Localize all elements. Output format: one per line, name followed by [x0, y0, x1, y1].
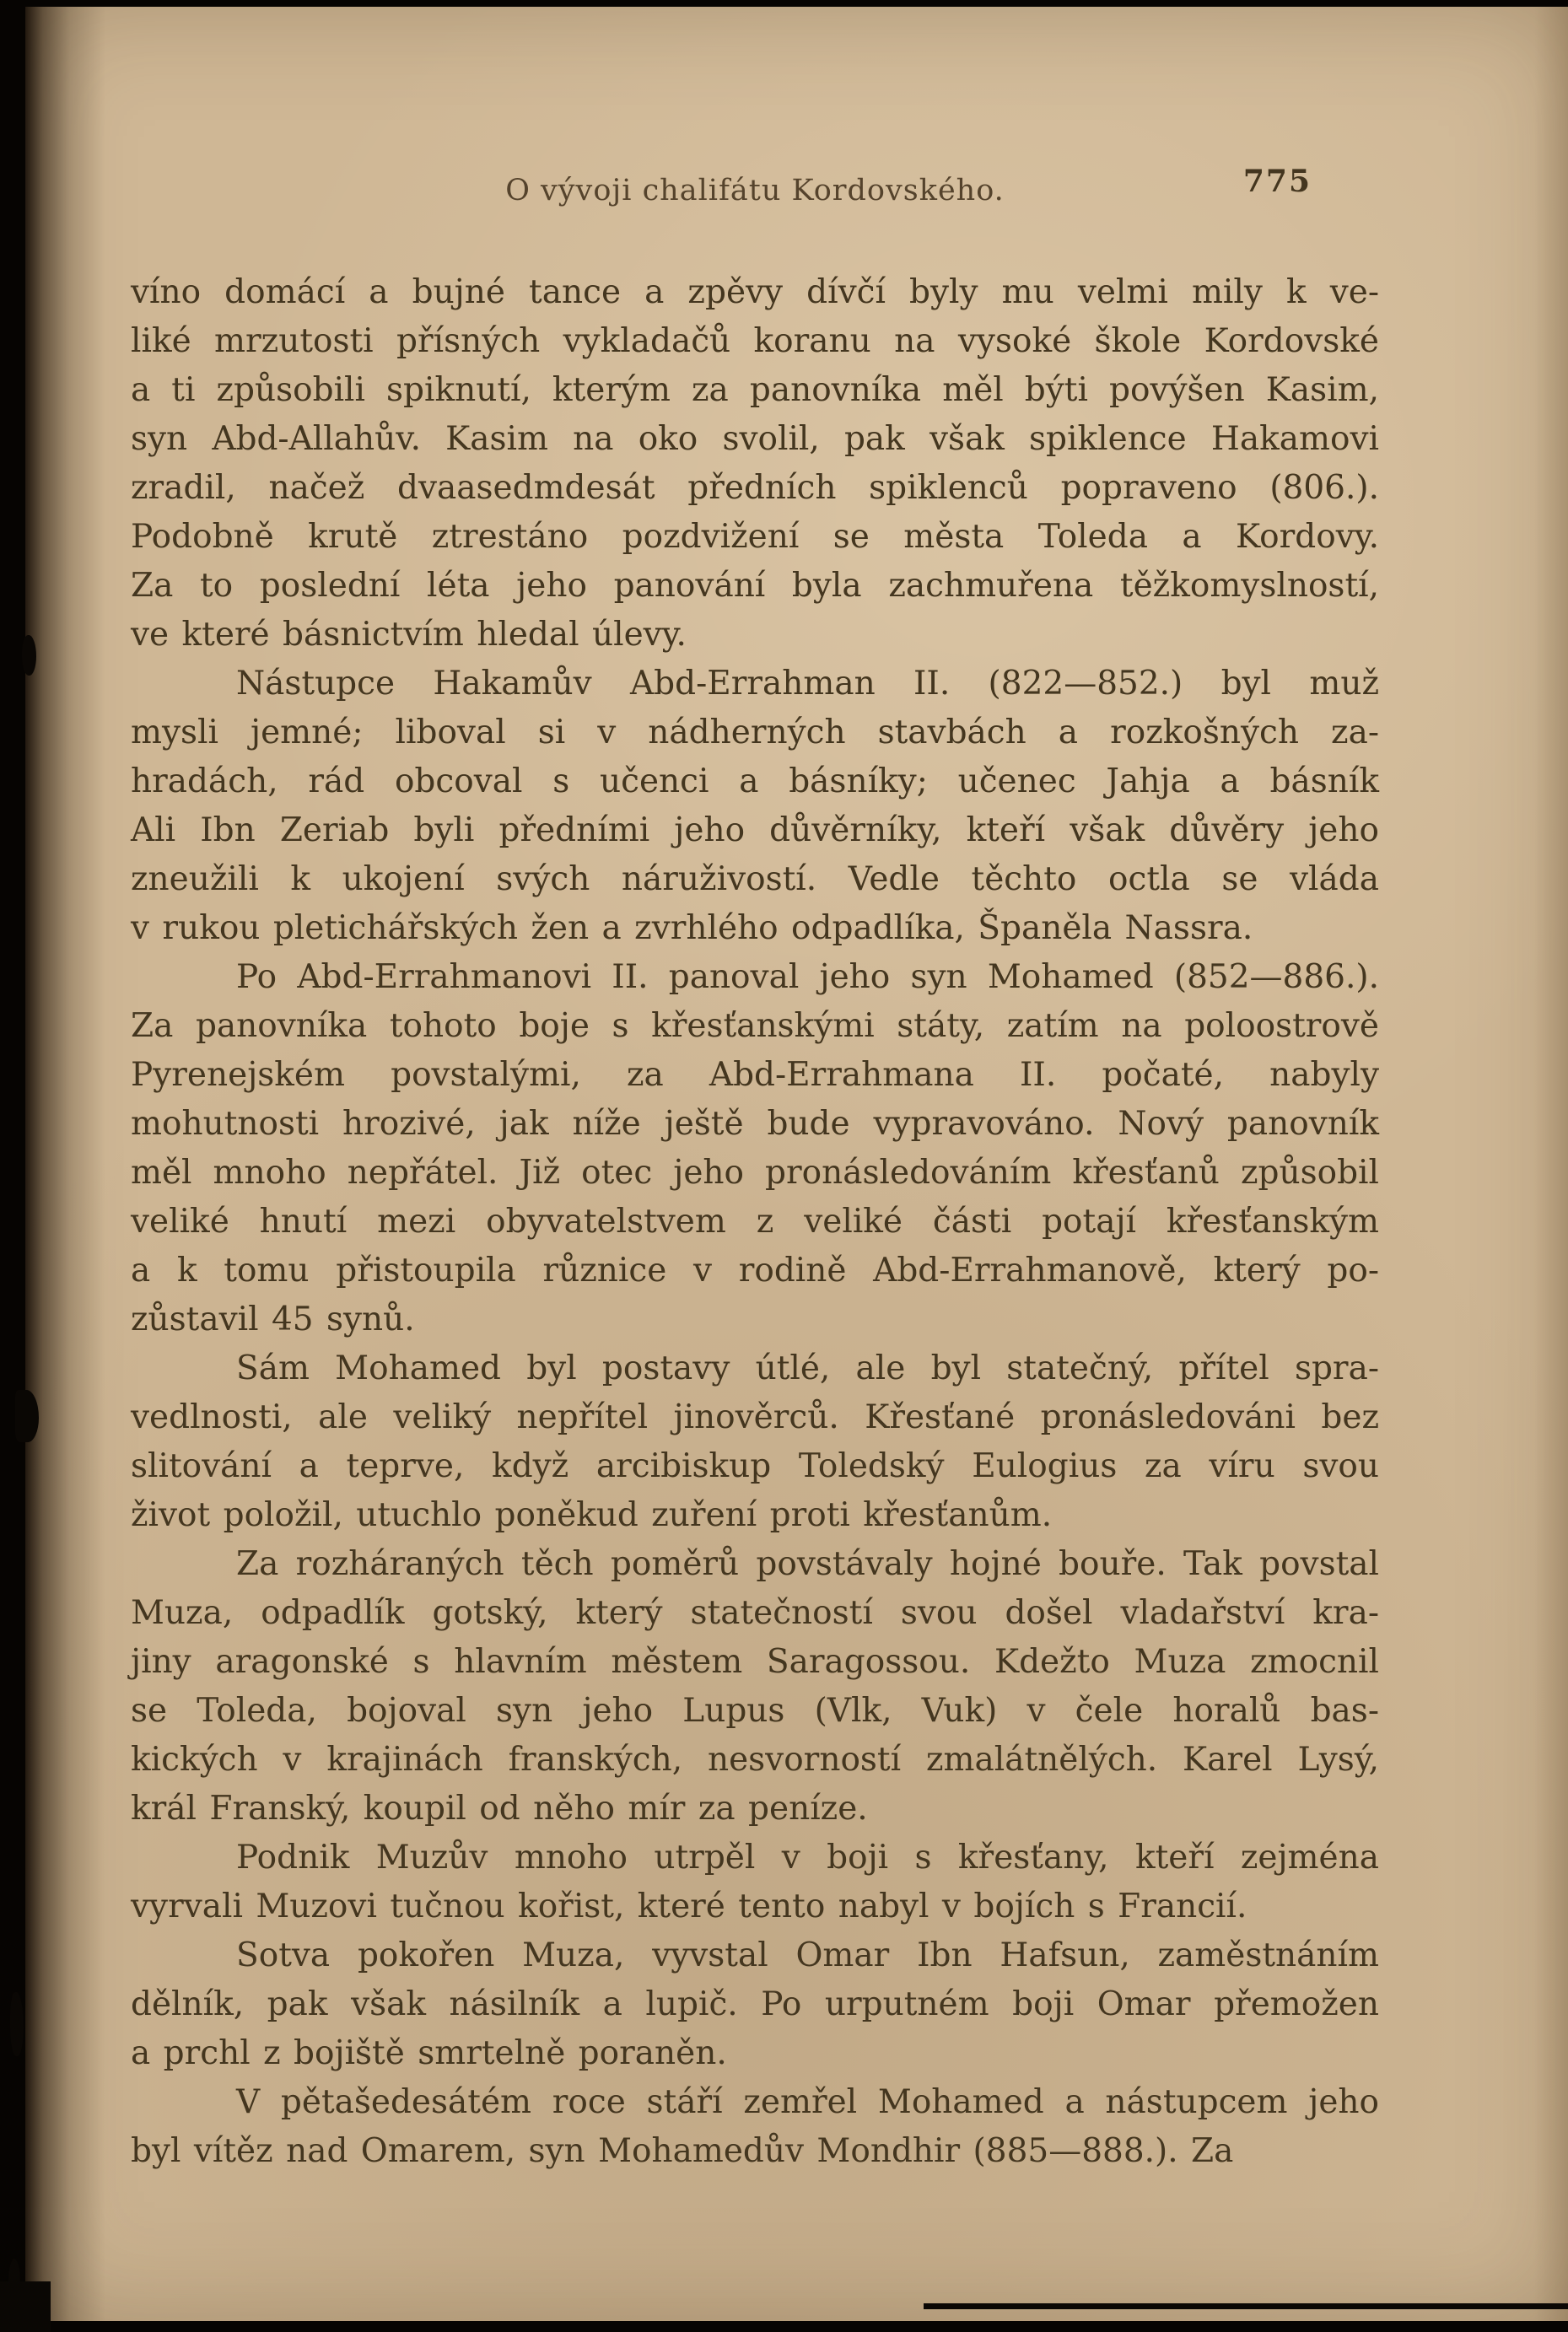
text-line: se Toleda, bojoval syn jeho Lupus (Vlk, …: [131, 1687, 1379, 1736]
text-line: dělník, pak však násilník a lupič. Po ur…: [131, 1980, 1379, 2029]
text-line: veliké hnutí mezi obyvatelstvem z veliké…: [131, 1198, 1379, 1247]
scanned-book-page: O vývoji chalifátu Kordovského. 775 víno…: [0, 0, 1568, 2332]
text-line: Podnik Muzův mnoho utrpěl v boji s křesť…: [131, 1834, 1379, 1882]
text-line: hradách, rád obcoval s učenci a básníky;…: [131, 757, 1379, 806]
ink-blot: [22, 635, 36, 676]
text-line: liké mrzutosti přísných vykladačů koranu…: [131, 317, 1379, 366]
text-line: Za rozháraných těch poměrů povstávaly ho…: [131, 1540, 1379, 1589]
text-line: mysli jemné; liboval si v nádherných sta…: [131, 708, 1379, 757]
text-line: zůstavil 45 synů.: [131, 1295, 1379, 1344]
scan-artifact: [0, 2281, 51, 2332]
page-number: 775: [1243, 164, 1312, 199]
text-line: víno domácí a bujné tance a zpěvy dívčí …: [131, 268, 1379, 317]
text-line: byl vítěz nad Omarem, syn Mohamedův Mond…: [131, 2127, 1379, 2176]
text-line: slitování a teprve, když arcibiskup Tole…: [131, 1442, 1379, 1491]
text-line: měl mnoho nepřátel. Již otec jeho pronás…: [131, 1149, 1379, 1198]
text-line: Muza, odpadlík gotský, který statečností…: [131, 1589, 1379, 1638]
text-line: jiny aragonské s hlavním městem Saragoss…: [131, 1638, 1379, 1687]
text-line: Ali Ibn Zeriab byli předními jeho důvěrn…: [131, 806, 1379, 855]
text-line: Podobně krutě ztrestáno pozdvižení se mě…: [131, 513, 1379, 562]
binding-gutter-shadow: [25, 7, 105, 2321]
text-line: kických v krajinách franských, nesvornos…: [131, 1736, 1379, 1785]
text-line: Za to poslední léta jeho panování byla z…: [131, 562, 1379, 611]
text-line: a prchl z bojiště smrtelně poraněn.: [131, 2029, 1379, 2078]
text-line: Za panovníka tohoto boje s křesťanskými …: [131, 1002, 1379, 1051]
text-block: víno domácí a bujné tance a zpěvy dívčí …: [131, 268, 1379, 2176]
text-line: život položil, utuchlo poněkud zuření pr…: [131, 1491, 1379, 1540]
text-line: syn Abd-Allahův. Kasim na oko svolil, pa…: [131, 415, 1379, 464]
text-line: král Franský, koupil od něho mír za pení…: [131, 1785, 1379, 1834]
text-line: Nástupce Hakamův Abd-Errahman II. (822—8…: [131, 660, 1379, 708]
page-content: O vývoji chalifátu Kordovského. 775 víno…: [131, 7, 1379, 2176]
book-page: O vývoji chalifátu Kordovského. 775 víno…: [25, 7, 1568, 2321]
text-line: vyrvali Muzovi tučnou kořist, které tent…: [131, 1882, 1379, 1931]
text-line: mohutnosti hrozivé, jak níže ještě bude …: [131, 1100, 1379, 1149]
text-line: V pětašedesátém roce stáří zemřel Mohame…: [131, 2078, 1379, 2127]
page-edge-shade: [1534, 7, 1568, 2321]
scan-artifact-line: [924, 2303, 1568, 2309]
text-line: zradil, načež dvaasedmdesát předních spi…: [131, 464, 1379, 513]
text-line: Po Abd-Errahmanovi II. panoval jeho syn …: [131, 953, 1379, 1002]
text-line: Sotva pokořen Muza, vyvstal Omar Ibn Haf…: [131, 1931, 1379, 1980]
text-line: a ti způsobili spiknutí, kterým za panov…: [131, 366, 1379, 415]
text-line: Pyrenejském povstalými, za Abd-Errahmana…: [131, 1051, 1379, 1100]
text-line: vedlnosti, ale veliký nepřítel jinověrců…: [131, 1393, 1379, 1442]
text-line: a k tomu přistoupila různice v rodině Ab…: [131, 1247, 1379, 1295]
text-line: Sám Mohamed byl postavy útlé, ale byl st…: [131, 1344, 1379, 1393]
text-line: v rukou pletichářských žen a zvrhlého od…: [131, 904, 1379, 953]
ink-blot: [15, 1390, 39, 1442]
page-header: O vývoji chalifátu Kordovského. 775: [131, 169, 1379, 213]
ink-blot: [10, 1992, 24, 2056]
text-line: zneužili k ukojení svých náruživostí. Ve…: [131, 855, 1379, 904]
text-line: ve které básnictvím hledal úlevy.: [131, 611, 1379, 660]
running-header-title: O vývoji chalifátu Kordovského.: [131, 169, 1379, 213]
